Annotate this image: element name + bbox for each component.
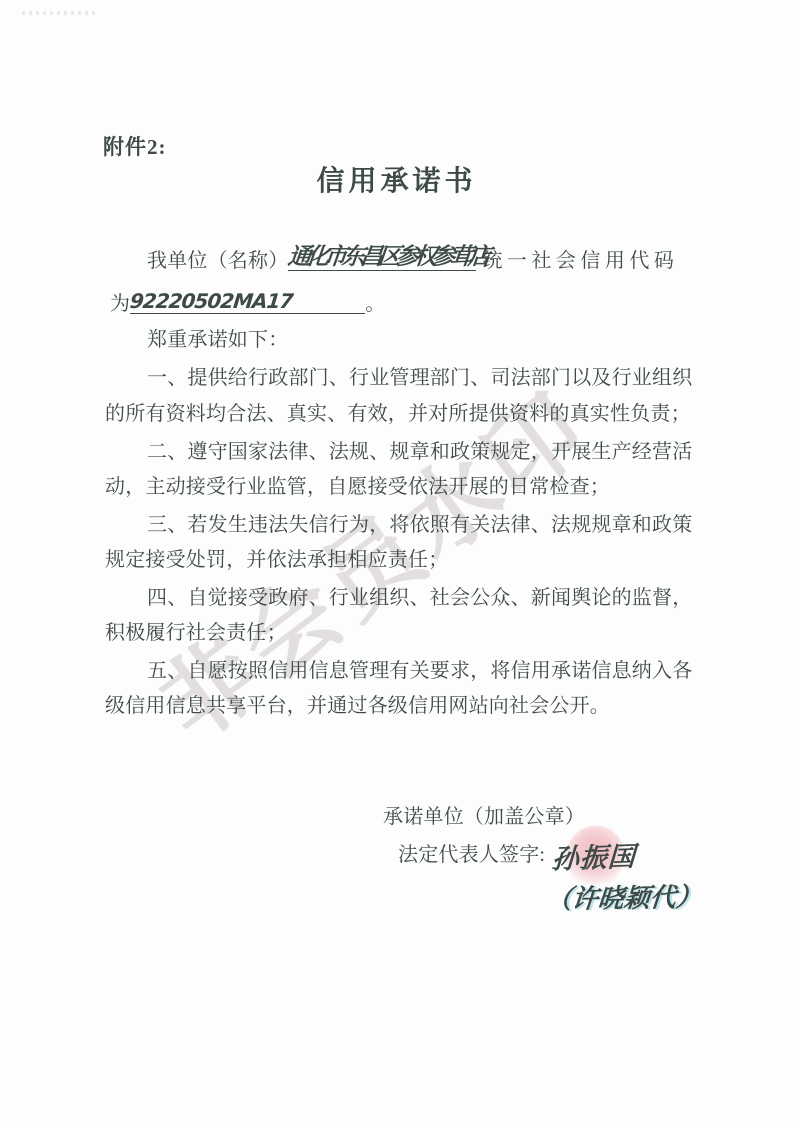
pledge-item-3-line-1: 三、若发生违法失信行为，将依照有关法律、法规规章和政策 [105, 511, 692, 539]
signature-representative-label: 法定代表人签字: [398, 841, 545, 869]
pledge-item-4-line-2: 积极履行社会责任； [105, 619, 287, 647]
intro-line1-suffix: 统一社会信用代码 [476, 250, 678, 272]
signature-unit-line: 承诺单位（加盖公章） [383, 803, 585, 831]
pledge-item-4-line-1: 四、自觉接受政府、行业组织、社会公众、新闻舆论的监督， [105, 584, 692, 612]
intro-line2-period: 。 [365, 293, 385, 315]
intro-line-2: 为92220502MA17。 [110, 289, 385, 318]
intro-line-1: 我单位（名称）通化市东昌区参权参茸店统一社会信用代码 [105, 246, 678, 275]
document-body: 附件2: 信用承诺书 我单位（名称）通化市东昌区参权参茸店统一社会信用代码 为9… [0, 0, 793, 1122]
pledge-item-5-line-1: 五、自愿按照信用信息管理有关要求，将信用承诺信息纳入各 [105, 657, 692, 685]
pledge-item-3-line-2: 规定接受处罚，并依法承担相应责任； [105, 546, 448, 574]
pledge-item-2-line-2: 动，主动接受行业监管，自愿接受依法开展的日常检查； [105, 473, 610, 501]
pledge-item-5-line-2: 级信用信息共享平台，并通过各级信用网站向社会公开。 [105, 692, 610, 720]
document-title: 信用承诺书 [0, 168, 793, 196]
scanned-document-page: 非会员水印 附件2: 信用承诺书 我单位（名称）通化市东昌区参权参茸店统一社会信… [0, 0, 793, 1122]
pledge-item-1-line-2: 的所有资料均合法、真实、有效，并对所提供资料的真实性负责； [105, 400, 691, 428]
credit-code-handwriting: 92220502MA17 [129, 287, 294, 315]
pledge-item-2-line-1: 二、遵守国家法律、法规、规章和政策规定，开展生产经营活 [105, 438, 692, 466]
pledge-heading: 郑重承诺如下： [105, 326, 288, 354]
unit-name-handwriting: 通化市东昌区参权参茸店 [287, 243, 488, 271]
attachment-label: 附件2: [103, 133, 167, 161]
intro-line2-prefix: 为 [110, 293, 130, 315]
credit-code-blank: 92220502MA17 [130, 289, 365, 314]
pledge-item-1-line-1: 一、提供给行政部门、行业管理部门、司法部门以及行业组织 [105, 364, 692, 392]
intro-line1-prefix: 我单位（名称） [105, 250, 288, 272]
representative-signature-handwriting: 孙振国 [551, 834, 637, 876]
proxy-signature-note-handwriting: （许晓颖代） [544, 877, 703, 917]
unit-name-blank: 通化市东昌区参权参茸店 [288, 246, 476, 271]
